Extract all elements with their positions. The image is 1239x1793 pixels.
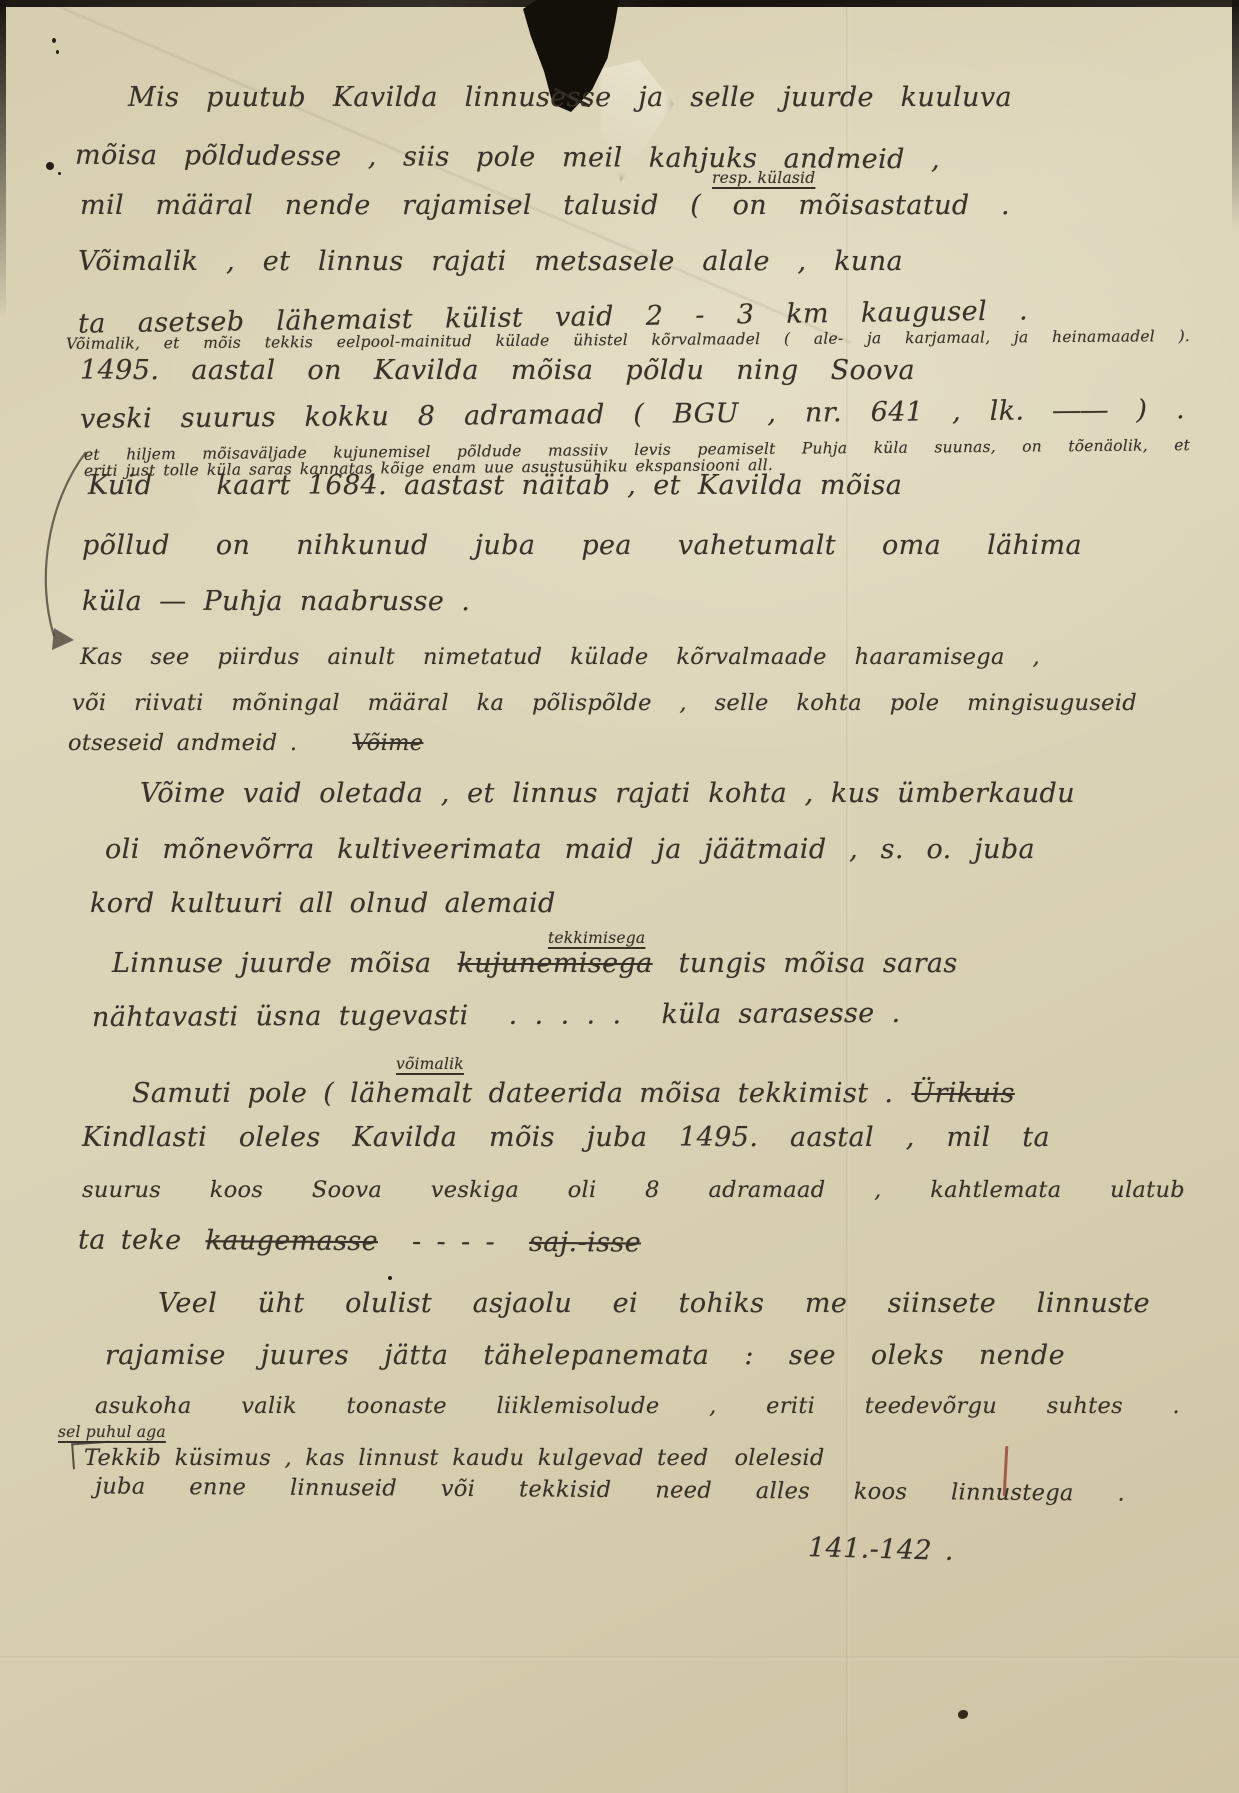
text-segment: suurus koos Soova veskiga oli 8 adramaad…	[82, 1177, 1185, 1203]
horizontal-fold-crease	[0, 1656, 1239, 1660]
line-17: Linnuse juurde mõisakujunemisegatungis m…	[112, 948, 958, 979]
text-segment: põllud on nihkunud juba pea vahetumalt o…	[82, 530, 1082, 561]
line-19: Samuti pole( lähemalt dateerida mõisa te…	[132, 1078, 1015, 1109]
line-07: veski suurus kokku 8 adramaad ( BGU , nr…	[80, 394, 1185, 435]
text-segment: rajamise juures jätta tähelepanemata : s…	[105, 1340, 1065, 1371]
line-20: Kindlasti oleles Kavilda mõis juba 1495.…	[82, 1122, 1050, 1153]
line-15: oli mõnevõrra kultiveerimata maid ja jää…	[105, 834, 1035, 865]
line-04: Võimalik , et linnus rajati metsasele al…	[78, 246, 903, 277]
text-segment: küla sarasesse .	[661, 998, 900, 1030]
line-18: nähtavasti üsna tugevasti. . . . .küla s…	[92, 998, 901, 1033]
text-segment: 141.-142 .	[808, 1532, 955, 1567]
text-segment: 1495. aastal on Kavilda mõisa põldu ning…	[80, 355, 915, 386]
page-top-edge-shadow	[0, 0, 1239, 7]
text-segment: Kuid	[88, 470, 153, 501]
line-13: otseseid andmeid .Võime	[68, 731, 423, 757]
struck-text: saj.-isse	[529, 1227, 641, 1259]
text-segment: veski suurus kokku 8 adramaad ( BGU , nr…	[80, 394, 1185, 435]
ink-dot	[56, 50, 59, 54]
note-voimalik: võimalik	[396, 1056, 464, 1074]
line-21: suurus koos Soova veskiga oli 8 adramaad…	[82, 1178, 1185, 1204]
line-16: kord kultuuri all olnud alemaid	[90, 888, 556, 919]
text-segment: asukoha valik toonaste liiklemisolude , …	[95, 1393, 1180, 1419]
text-segment: mil määral nende rajamisel talusid ( on …	[80, 190, 1010, 221]
page-left-edge-shadow	[0, 0, 6, 320]
text-segment: Tekkib küsimus , kas linnust kaudu kulge…	[84, 1445, 708, 1471]
struck-text: kujunemisega	[458, 948, 653, 979]
text-segment: tekkimisega	[548, 929, 645, 947]
line-14: Võime vaid oletada , et linnus rajati ko…	[140, 778, 1075, 809]
text-segment: Samuti pole	[132, 1078, 307, 1109]
ink-dot	[958, 1710, 968, 1719]
text-segment: Kas see piirdus ainult nimetatud külade …	[80, 644, 1040, 670]
text-segment: tungis mõisa saras	[679, 948, 958, 979]
struck-text: Ürikuis	[911, 1078, 1014, 1109]
text-segment: küla — Puhja naabrusse .	[82, 586, 470, 617]
note-resp-kylasid: resp. külasid	[712, 170, 815, 188]
text-segment: nähtavasti üsna tugevasti	[92, 1000, 469, 1033]
text-segment: ( lähemalt dateerida mõisa tekkimist .	[323, 1078, 893, 1109]
text-segment: Linnuse juurde mõisa	[112, 948, 432, 979]
text-segment: võimalik	[396, 1055, 464, 1073]
text-segment: sel puhul aga	[58, 1423, 166, 1441]
line-11: Kas see piirdus ainult nimetatud külade …	[80, 645, 1040, 671]
struck-text: kaugemasse	[205, 1225, 378, 1257]
text-segment: otseseid andmeid .	[68, 730, 297, 756]
line-08: Kuidkaart 1684. aastast näitab , et Kavi…	[88, 470, 902, 501]
text-segment: Mis puutub Kavilda linnusesse ja selle j…	[128, 82, 1012, 113]
text-segment: Veel üht olulist asjaolu ei tohiks me si…	[158, 1288, 1150, 1319]
line-23: Veel üht olulist asjaolu ei tohiks me si…	[158, 1288, 1150, 1319]
text-segment: kord kultuuri all olnud alemaid	[90, 888, 556, 919]
text-segment: . . . . .	[509, 999, 622, 1031]
line-22: ta tekekaugemasse- - - -saj.-isse	[78, 1225, 641, 1259]
note-sel-puhul-aga: sel puhul aga	[58, 1424, 166, 1442]
ink-dot	[52, 38, 56, 43]
page-reference: 141.-142 .	[808, 1532, 955, 1567]
ink-dot	[58, 172, 61, 175]
line-12: või riivati mõningal määral ka põlispõld…	[72, 691, 1137, 717]
text-segment: juba enne linnuseid või tekkisid need al…	[95, 1473, 1125, 1506]
text-segment: - - - -	[412, 1226, 495, 1257]
note-tekkimisega: tekkimisega	[548, 930, 645, 948]
line-26: Tekkib küsimus , kas linnust kaudu kulge…	[84, 1446, 825, 1472]
line-25: asukoha valik toonaste liiklemisolude , …	[95, 1394, 1180, 1420]
text-segment: oli mõnevõrra kultiveerimata maid ja jää…	[105, 834, 1035, 865]
line-27: juba enne linnuseid või tekkisid need al…	[95, 1474, 1125, 1507]
text-segment: resp. külasid	[712, 169, 815, 187]
text-segment: Võime vaid oletada , et linnus rajati ko…	[140, 778, 1075, 809]
text-segment: või riivati mõningal määral ka põlispõld…	[72, 690, 1137, 716]
manuscript-page: Mis puutub Kavilda linnusesse ja selle j…	[0, 0, 1239, 1793]
ink-dot	[388, 1276, 392, 1280]
line-10: küla — Puhja naabrusse .	[82, 586, 470, 617]
page-right-edge-shadow	[1232, 0, 1239, 230]
ink-dot	[46, 162, 54, 170]
struck-text: Võime	[352, 730, 423, 756]
text-segment: olelesid	[734, 1445, 824, 1471]
line-09: põllud on nihkunud juba pea vahetumalt o…	[82, 530, 1082, 561]
text-segment: Kindlasti oleles Kavilda mõis juba 1495.…	[82, 1122, 1050, 1153]
line-03: mil määral nende rajamisel talusid ( on …	[80, 190, 1010, 221]
text-segment: Võimalik , et linnus rajati metsasele al…	[78, 246, 903, 277]
line-24: rajamise juures jätta tähelepanemata : s…	[105, 1340, 1065, 1371]
text-segment: ta teke	[78, 1225, 182, 1257]
text-segment: kaart 1684. aastast näitab , et Kavilda …	[217, 470, 903, 501]
line-01: Mis puutub Kavilda linnusesse ja selle j…	[128, 82, 1012, 113]
line-06: 1495. aastal on Kavilda mõisa põldu ning…	[80, 355, 915, 386]
